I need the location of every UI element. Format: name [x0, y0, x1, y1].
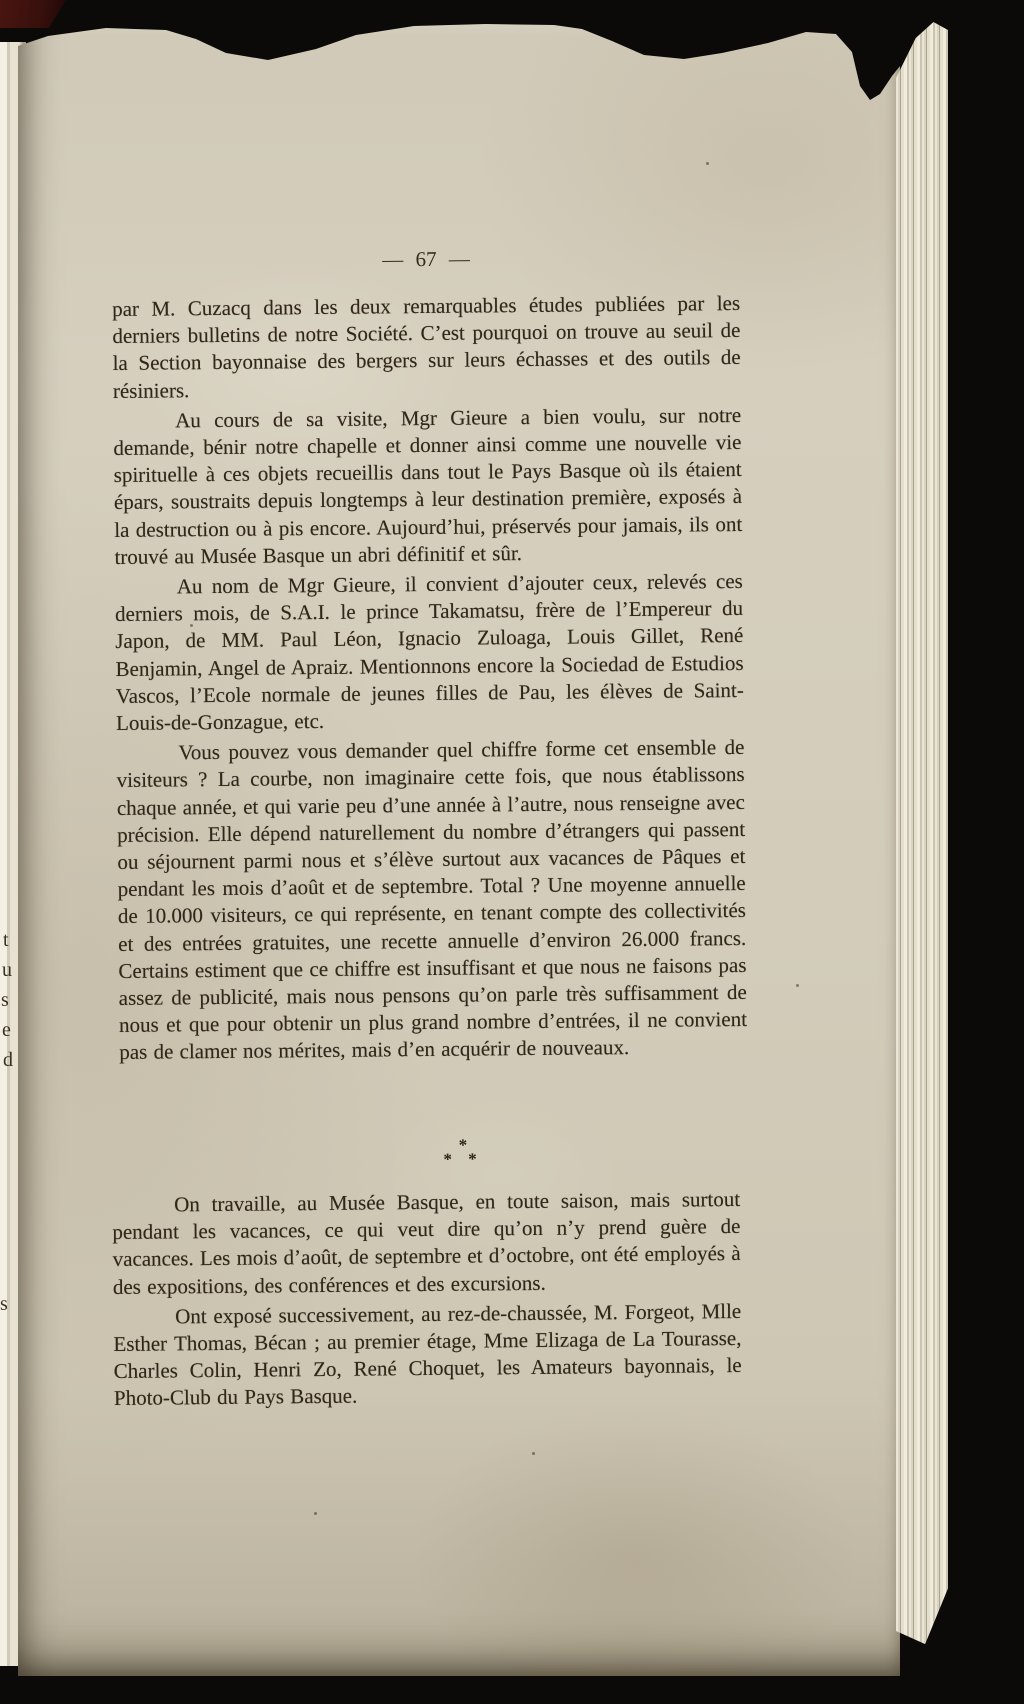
margin-fragment: s: [0, 1294, 8, 1314]
book-spine-corner: [0, 0, 66, 28]
paper-speck: [706, 162, 709, 165]
text-block-bottom: On travaille, au Musée Basque, en toute …: [112, 1186, 742, 1416]
asterisk-separator: * * *: [112, 1136, 740, 1170]
scanned-book-photo: { "page": { "page_number": "— 67 —", "pa…: [0, 0, 1024, 1704]
paragraph: Ont exposé successivement, au rez-de-cha…: [113, 1298, 742, 1413]
paragraph: Vous pouvez vous demander quel chiffre f…: [116, 734, 747, 1066]
margin-fragment: s: [1, 990, 9, 1010]
text-block-main: par M. Cuzacq dans les deux remarquables…: [112, 290, 747, 1070]
margin-fragment: u: [2, 960, 12, 980]
paragraph: Au cours de sa visite, Mgr Gieure a bien…: [113, 402, 743, 571]
paper-speck: [314, 1512, 317, 1515]
margin-fragment: d: [3, 1050, 13, 1070]
paragraph: par M. Cuzacq dans les deux remarquables…: [112, 290, 741, 405]
margin-fragment: t: [3, 930, 9, 950]
book-page: — 67 — par M. Cuzacq dans les deux remar…: [18, 0, 900, 1676]
paper-speck: [796, 984, 799, 987]
page-number: — 67 —: [112, 244, 740, 275]
paragraph: On travaille, au Musée Basque, en toute …: [112, 1186, 741, 1301]
book-fore-edge: [896, 14, 948, 1654]
paragraph: Au nom de Mgr Gieure, il convient d’ajou…: [115, 568, 745, 737]
paper-speck: [532, 1452, 535, 1455]
margin-fragment: e: [2, 1020, 11, 1040]
